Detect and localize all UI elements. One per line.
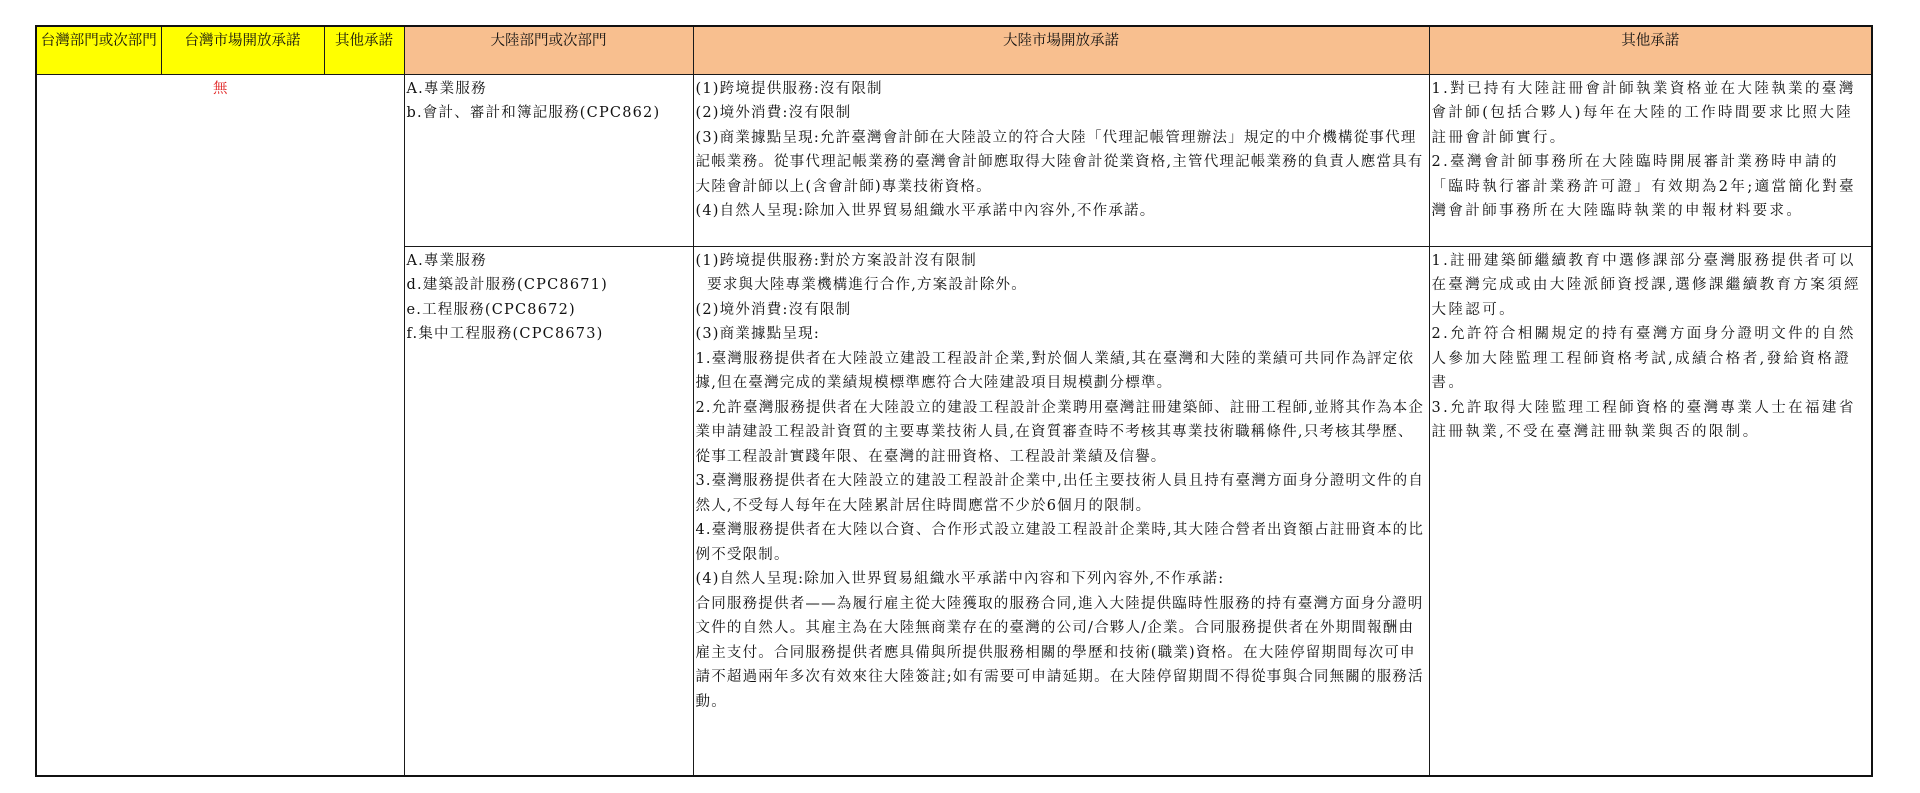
market-line: (1)跨境提供服務:對於方案設計沒有限制 [696,249,1427,274]
tw-commitment-none: 無 [36,74,404,776]
header-cn-market: 大陸市場開放承諾 [693,26,1429,74]
table-row: 無 A.專業服務 b.會計、審計和簿記服務(CPC862) (1)跨境提供服務:… [36,74,1872,246]
sector-line: f.集中工程服務(CPC8673) [407,322,691,347]
sector-line: b.會計、審計和簿記服務(CPC862) [407,101,691,126]
header-tw-market: 台灣市場開放承諾 [161,26,324,74]
market-line: (2)境外消費:沒有限制 [696,101,1427,126]
market-line: 2.允許臺灣服務提供者在大陸設立的建設工程設計企業聘用臺灣註冊建築師、註冊工程師… [696,396,1427,470]
market-line: (4)自然人呈現:除加入世界貿易組織水平承諾中內容和下列內容外,不作承諾: [696,567,1427,592]
cn-sector-cell: A.專業服務 d.建築設計服務(CPC8671) e.工程服務(CPC8672)… [404,246,693,776]
sector-line: d.建築設計服務(CPC8671) [407,273,691,298]
market-line: (1)跨境提供服務:沒有限制 [696,77,1427,102]
commitments-table: 台灣部門或次部門 台灣市場開放承諾 其他承諾 大陸部門或次部門 大陸市場開放承諾… [35,25,1873,777]
market-line: (2)境外消費:沒有限制 [696,298,1427,323]
other-line: 1.對已持有大陸註冊會計師執業資格並在大陸執業的臺灣會計師(包括合夥人)每年在大… [1432,77,1870,151]
sector-line: A.專業服務 [407,77,691,102]
market-line: 3.臺灣服務提供者在大陸設立的建設工程設計企業中,出任主要技術人員且持有臺灣方面… [696,469,1427,518]
other-line: 3.允許取得大陸監理工程師資格的臺灣專業人士在福建省註冊執業,不受在臺灣註冊執業… [1432,396,1870,445]
header-tw-sector: 台灣部門或次部門 [36,26,161,74]
cn-other-cell: 1.註冊建築師繼續教育中選修課部分臺灣服務提供者可以在臺灣完成或由大陸派師資授課… [1429,246,1872,776]
sector-line: A.專業服務 [407,249,691,274]
other-line: 2.臺灣會計師事務所在大陸臨時開展審計業務時申請的「臨時執行審計業務許可證」有效… [1432,150,1870,224]
header-cn-sector: 大陸部門或次部門 [404,26,693,74]
market-line: 1.臺灣服務提供者在大陸設立建設工程設計企業,對於個人業績,其在臺灣和大陸的業績… [696,347,1427,396]
other-line: 2.允許符合相關規定的持有臺灣方面身分證明文件的自然人參加大陸監理工程師資格考試… [1432,322,1870,396]
sector-line: e.工程服務(CPC8672) [407,298,691,323]
cn-sector-cell: A.專業服務 b.會計、審計和簿記服務(CPC862) [404,74,693,246]
market-line: (4)自然人呈現:除加入世界貿易組織水平承諾中內容外,不作承諾。 [696,199,1427,224]
market-line: (3)商業據點呈現: [696,322,1427,347]
market-line: (3)商業據點呈現:允許臺灣會計師在大陸設立的符合大陸「代理記帳管理辦法」規定的… [696,126,1427,200]
cn-market-cell: (1)跨境提供服務:對於方案設計沒有限制 要求與大陸專業機構進行合作,方案設計除… [693,246,1429,776]
other-line: 1.註冊建築師繼續教育中選修課部分臺灣服務提供者可以在臺灣完成或由大陸派師資授課… [1432,249,1870,323]
header-cn-other: 其他承諾 [1429,26,1872,74]
header-tw-other: 其他承諾 [324,26,404,74]
cn-market-cell: (1)跨境提供服務:沒有限制 (2)境外消費:沒有限制 (3)商業據點呈現:允許… [693,74,1429,246]
cn-other-cell: 1.對已持有大陸註冊會計師執業資格並在大陸執業的臺灣會計師(包括合夥人)每年在大… [1429,74,1872,246]
header-row: 台灣部門或次部門 台灣市場開放承諾 其他承諾 大陸部門或次部門 大陸市場開放承諾… [36,26,1872,74]
market-line: 要求與大陸專業機構進行合作,方案設計除外。 [696,273,1427,298]
market-line: 4.臺灣服務提供者在大陸以合資、合作形式設立建設工程設計企業時,其大陸合營者出資… [696,518,1427,567]
market-line: 合同服務提供者——為履行雇主從大陸獲取的服務合同,進入大陸提供臨時性服務的持有臺… [696,592,1427,715]
